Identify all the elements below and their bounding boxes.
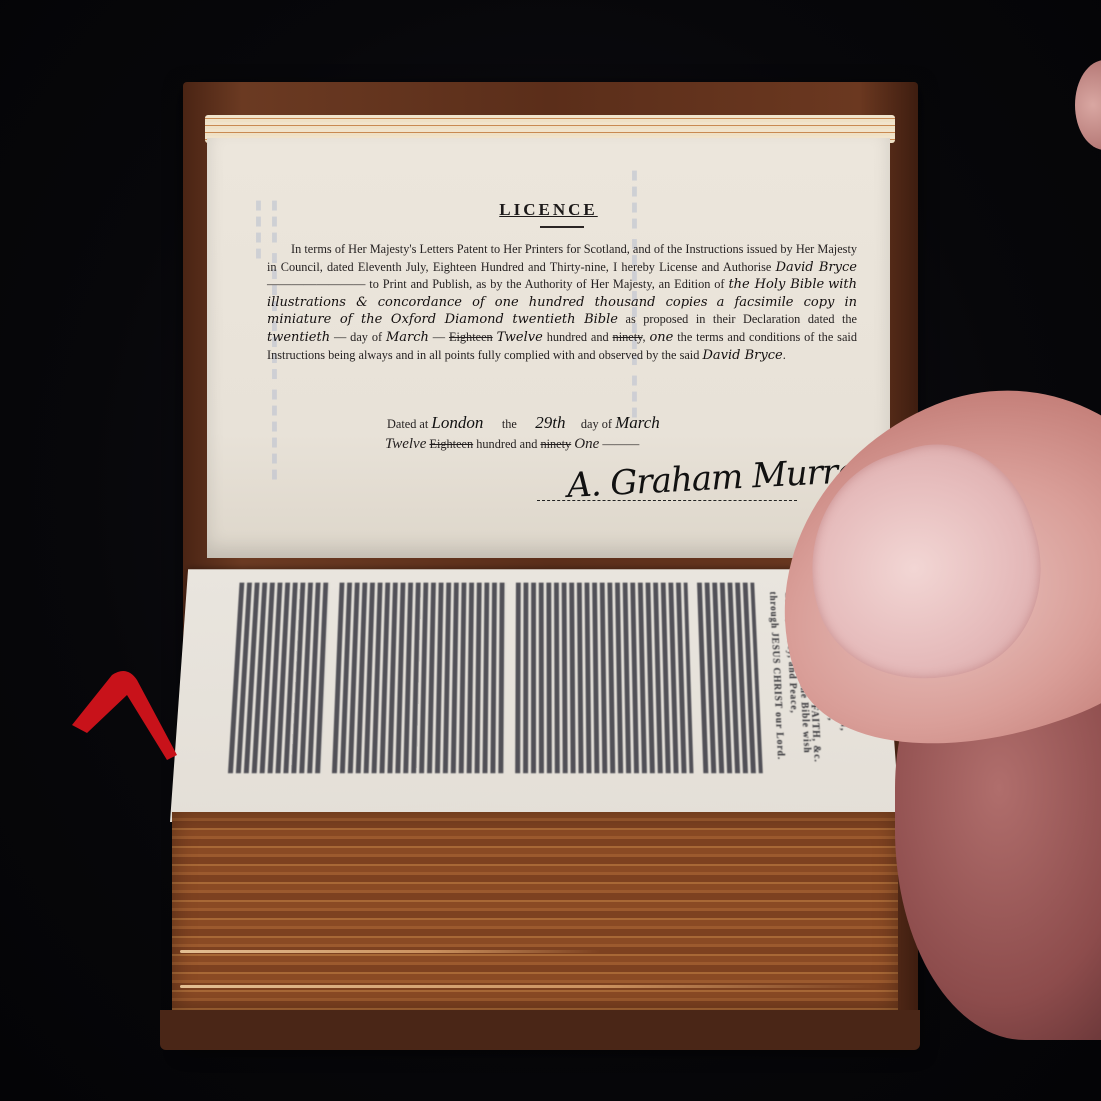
licence-line: always and in all points fully complied …	[359, 348, 700, 362]
handwritten-licensee: David Bryce	[702, 348, 782, 363]
handwritten-place: London	[431, 413, 483, 432]
handwritten-day: twentieth	[267, 330, 330, 345]
struck-word: ninety	[613, 330, 643, 344]
licence-line: as proposed in their Declaration dated t…	[625, 312, 857, 326]
handwritten-licensee: David Bryce	[776, 260, 857, 275]
handwritten-year: one	[649, 330, 673, 345]
text-column	[515, 583, 693, 774]
handwritten-margin-note: Twelve	[497, 330, 543, 345]
dated-word: day of	[581, 417, 612, 431]
struck-word: Eighteen	[429, 437, 473, 451]
licence-line: Thirty-nine, I hereby License and Author…	[550, 260, 772, 274]
text-column	[332, 583, 506, 774]
licence-line: hundred and	[547, 330, 609, 344]
title-rule	[540, 226, 584, 228]
ribbon-bookmark-icon	[72, 655, 182, 765]
dated-line: Dated at London the 29th day of March	[387, 413, 660, 433]
handwritten-day: 29th	[535, 413, 565, 432]
handwritten-year: Twelve	[385, 436, 426, 452]
book-cover-bottom	[160, 1010, 920, 1050]
edge-highlight	[180, 985, 880, 988]
licence-body: In terms of Her Majesty's Letters Patent…	[267, 241, 857, 364]
dated-word: the	[502, 417, 517, 431]
dated-year-line: Twelve Eighteen hundred and ninety One —…	[385, 436, 639, 453]
dated-label: Dated at	[387, 417, 428, 431]
licence-title: LICENCE	[207, 200, 890, 220]
edge-highlight	[180, 950, 600, 953]
licence-line: to Print and Publish, as by the Authorit…	[369, 277, 724, 291]
licence-page: ▮▮▮ ▮▮▮▮ ▮▮▮▮ ▮▮▮▮▮▮ ▮▮▮▮ ▮▮▮▮ ▮▮▮ ▮▮▮▮▮…	[207, 138, 890, 558]
handwritten-year: One	[574, 436, 599, 452]
signature-line	[537, 500, 797, 501]
licence-line: day of	[350, 330, 382, 344]
struck-word: ninety	[540, 437, 571, 451]
handwritten-month: March	[615, 413, 660, 432]
struck-word: Eighteen	[449, 330, 493, 344]
text-column	[228, 583, 330, 774]
handwritten-month: March	[386, 330, 429, 345]
handwritten-edition: the Holy Bible	[728, 277, 824, 292]
licence-line: In terms of Her Majesty's Letters Patent…	[291, 242, 682, 256]
text-column	[697, 583, 763, 774]
dated-word: hundred and	[476, 437, 537, 451]
gilt-fore-edge	[172, 812, 898, 1012]
